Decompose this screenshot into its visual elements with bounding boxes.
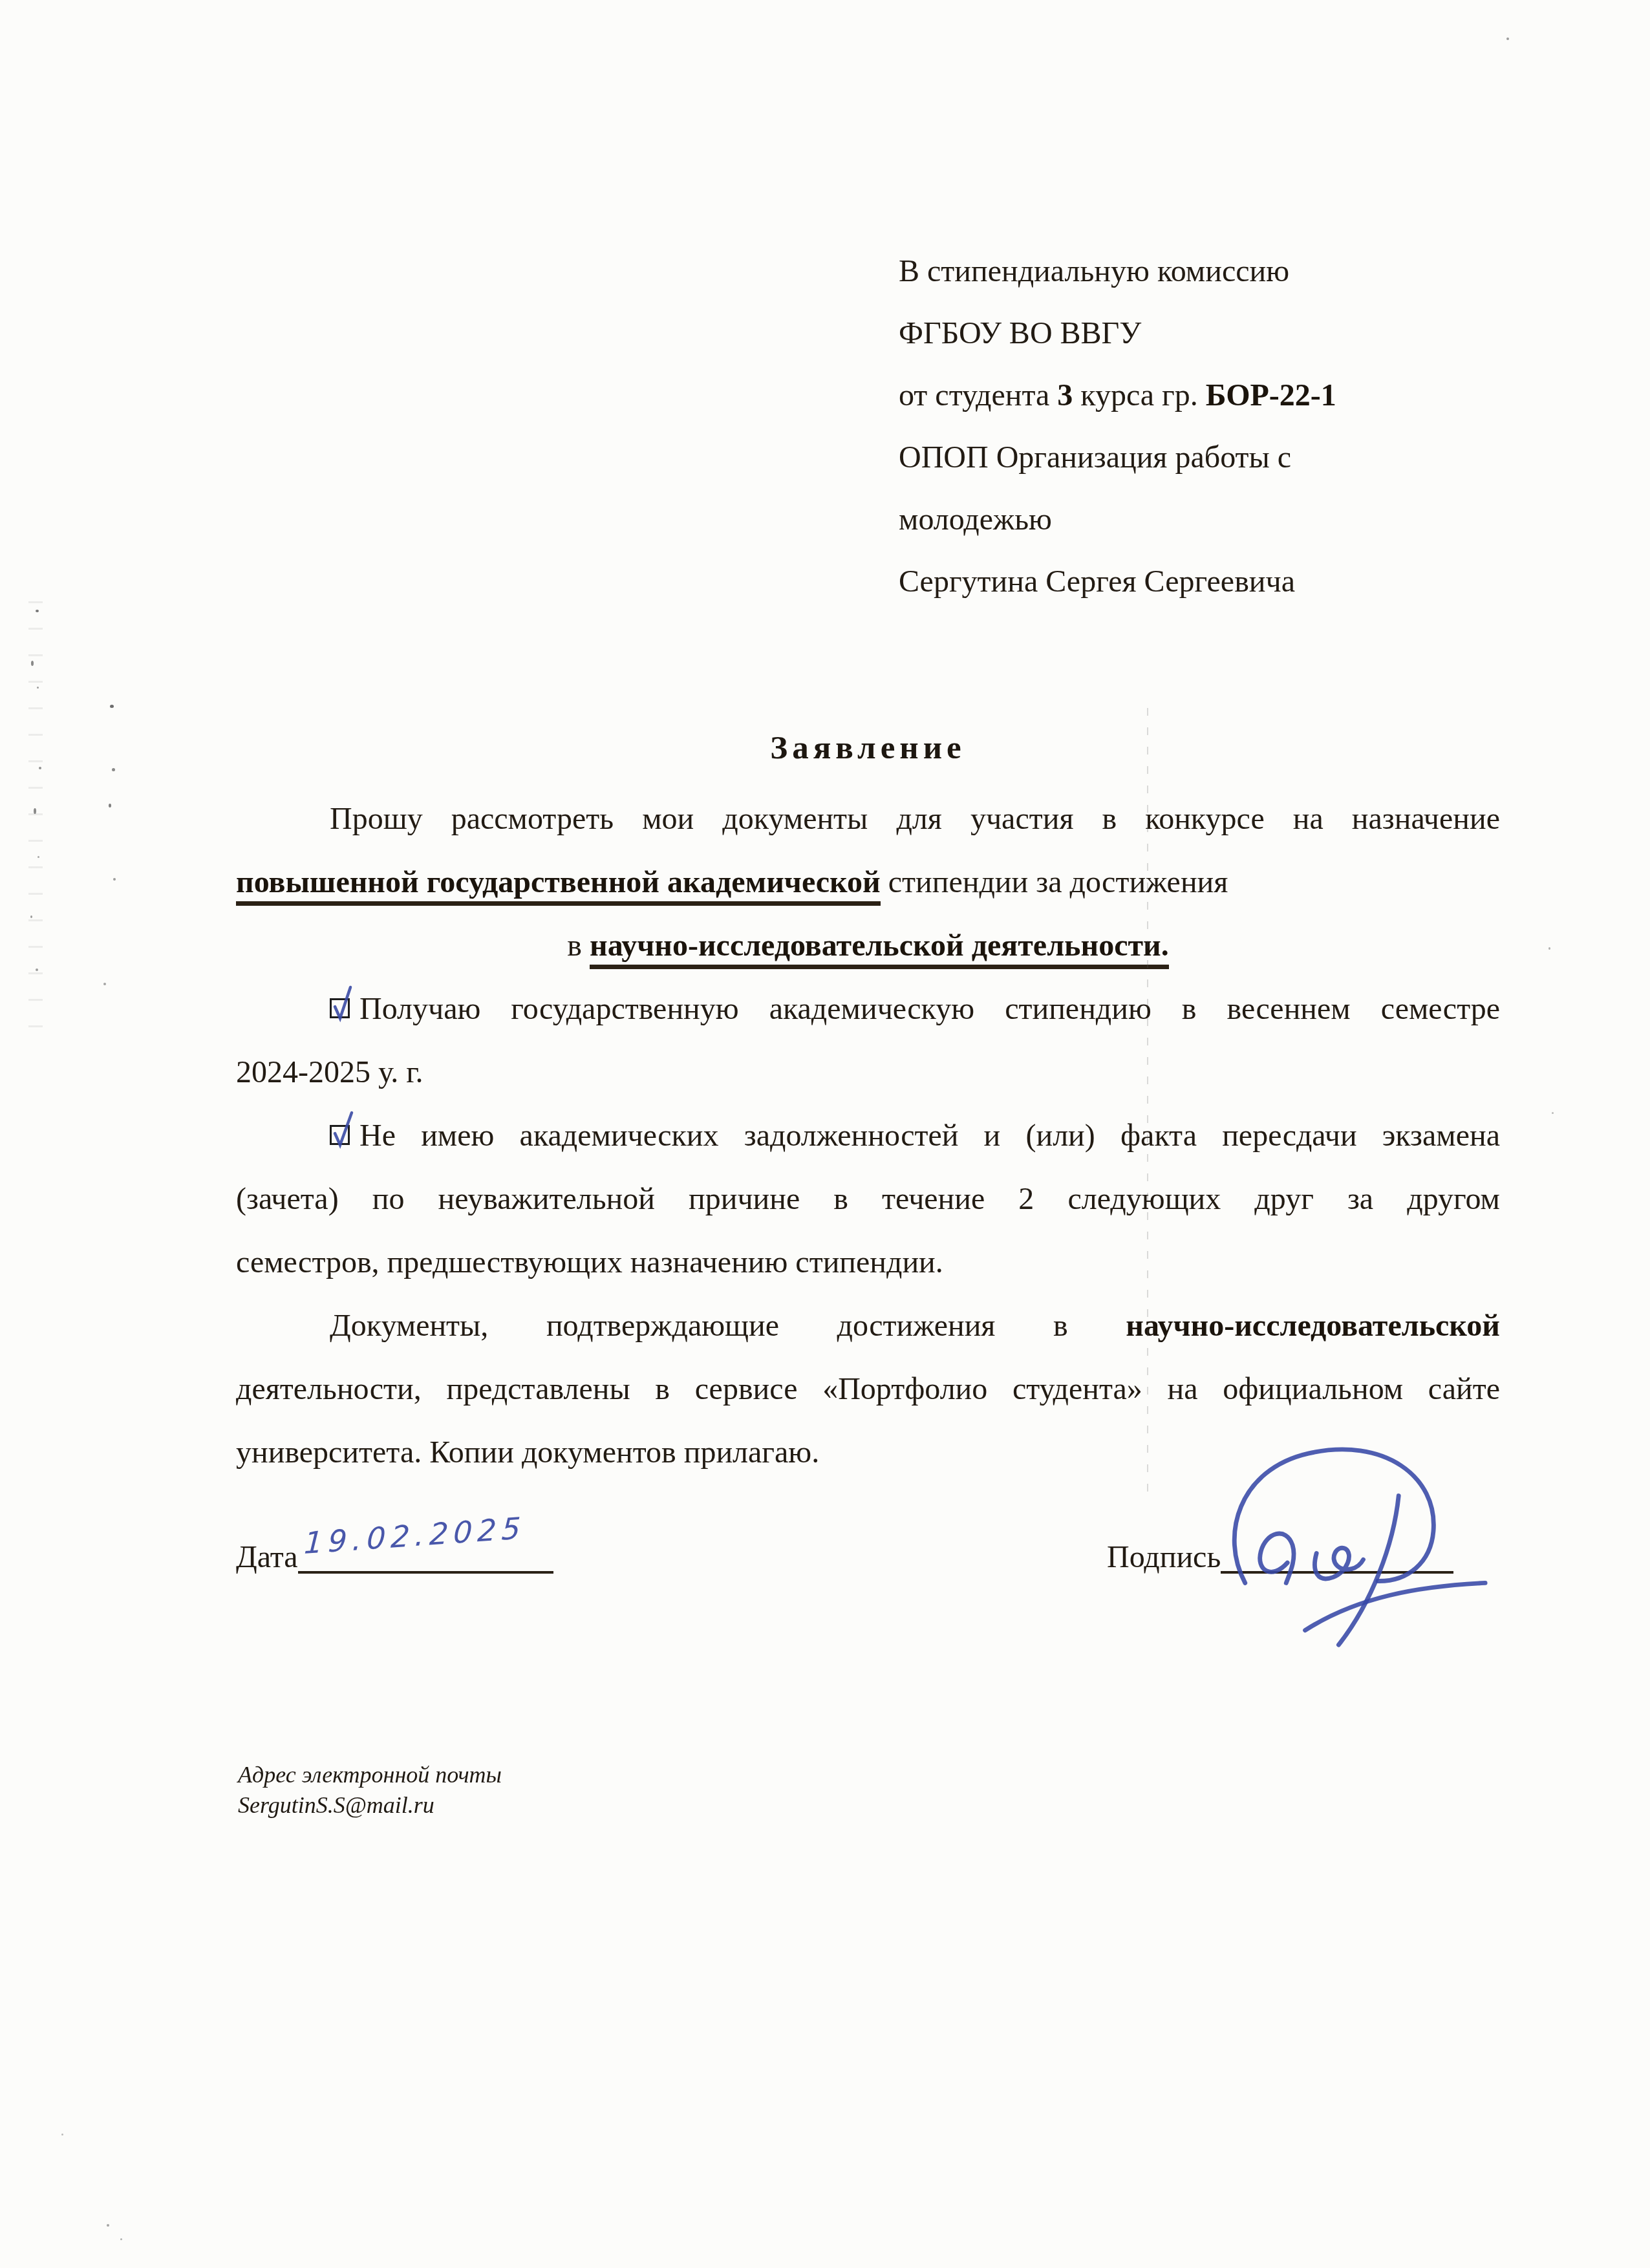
body-text: стипендии за достижения <box>881 865 1228 899</box>
date-label: Дата <box>236 1540 298 1574</box>
scan-speck <box>109 804 111 808</box>
scan-speck <box>37 687 39 689</box>
scan-speck <box>107 2224 109 2227</box>
checked-checkbox-icon <box>330 998 350 1018</box>
addressee-line: ФГБОУ ВО ВВГУ <box>899 303 1545 365</box>
scan-speck <box>61 2134 63 2135</box>
addressee-line: молодежью <box>899 489 1545 551</box>
bold-phrase: научно-исследовательской <box>1126 1309 1500 1343</box>
underlined-bold-phrase: научно-исследовательской деятельности. <box>590 928 1169 969</box>
group-code: БОР-22-1 <box>1206 378 1336 412</box>
scan-speck <box>1552 1112 1554 1114</box>
scan-speck <box>1506 37 1509 40</box>
addressee-text: курса гр. <box>1073 378 1206 412</box>
checkbox-statement: Получаю государственную академическую ст… <box>359 992 1500 1026</box>
page-title: Заявление <box>236 729 1500 767</box>
body-line: (зачета) по неуважительной причине в теч… <box>236 1181 1500 1218</box>
body-line: в научно-исследовательской деятельности. <box>236 927 1500 965</box>
email-caption: Адрес электронной почты <box>238 1760 502 1790</box>
body-line: Документы, подтверждающие достижения в н… <box>236 1307 1500 1345</box>
checked-checkbox-icon <box>330 1125 350 1145</box>
scan-speck <box>31 661 34 666</box>
scanned-application-page: В стипендиальную комиссию ФГБОУ ВО ВВГУ … <box>0 0 1650 2268</box>
scan-speck <box>37 856 39 858</box>
scan-speck <box>113 878 116 881</box>
applicant-name: Сергутина Сергея Сергеевича <box>899 551 1545 613</box>
scan-speck <box>34 808 36 814</box>
body-line: Получаю государственную академическую ст… <box>236 990 1500 1028</box>
signature-group: Подпись <box>1107 1537 1453 1575</box>
addressee-line: В стипендиальную комиссию <box>899 241 1545 303</box>
body-line: деятельности, представлены в сервисе «По… <box>236 1371 1500 1408</box>
date-group: Дата 19.02.2025 <box>236 1537 553 1575</box>
scan-speck <box>30 915 32 918</box>
scan-speck <box>110 705 114 708</box>
body-text: Документы, подтверждающие достижения в <box>330 1309 1126 1343</box>
email-address: SergutinS.S@mail.ru <box>238 1790 502 1821</box>
scan-speck <box>36 968 38 971</box>
body-line: Прошу рассмотреть мои документы для учас… <box>236 800 1500 838</box>
signature-label: Подпись <box>1107 1540 1221 1574</box>
signature-scribble-icon <box>1210 1422 1488 1655</box>
addressee-block: В стипендиальную комиссию ФГБОУ ВО ВВГУ … <box>899 241 1545 613</box>
scan-speck <box>120 2238 122 2240</box>
email-block: Адрес электронной почты SergutinS.S@mail… <box>238 1760 502 1821</box>
addressee-line: от студента 3 курса гр. БОР-22-1 <box>899 365 1545 427</box>
body-line: 2024-2025 у. г. <box>236 1054 1500 1091</box>
underlined-bold-phrase: повышенной государственной академической <box>236 865 881 906</box>
body-text: в <box>567 928 590 963</box>
scan-speck <box>36 610 39 612</box>
signing-row: Дата 19.02.2025 Подпись <box>0 1537 1650 1615</box>
addressee-text: от студента <box>899 378 1057 412</box>
scan-speck <box>112 768 115 771</box>
scan-streak <box>1147 708 1148 1503</box>
scan-speck <box>1548 947 1550 950</box>
body-line: семестров, предшествующих назначению сти… <box>236 1244 1500 1281</box>
scan-speck <box>39 767 41 769</box>
scan-noise-band <box>28 601 43 1028</box>
course-number: 3 <box>1057 378 1073 412</box>
body-line: повышенной государственной академической… <box>236 864 1500 901</box>
scan-speck <box>103 983 106 985</box>
checkbox-statement: Не имею академических задолженностей и (… <box>359 1118 1500 1153</box>
body-line: Не имею академических задолженностей и (… <box>236 1117 1500 1155</box>
addressee-line: ОПОП Организация работы с <box>899 427 1545 489</box>
